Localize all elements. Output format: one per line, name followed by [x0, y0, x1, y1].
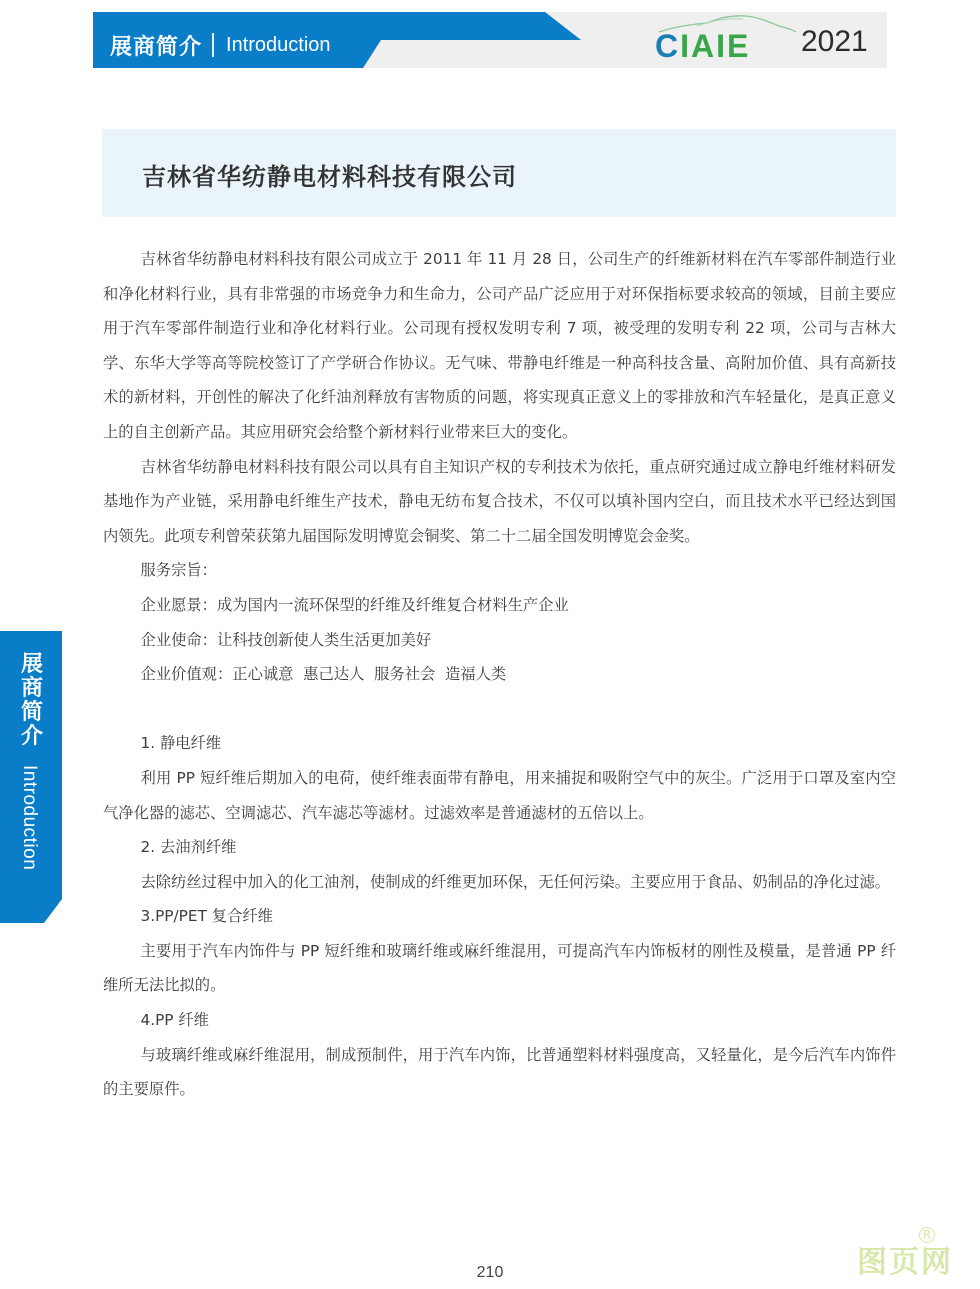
side-tab-title-cn: 展商简介 [18, 653, 46, 749]
product-description: 利用 PP 短纤维后期加入的电荷，使纤维表面带有静电，用来捕捉和吸附空气中的灰尘… [103, 761, 896, 830]
company-name: 吉林省华纺静电材料科技有限公司 [142, 157, 517, 192]
side-tab-title-en: Introduction [18, 765, 40, 870]
title-divider [212, 33, 214, 57]
registered-mark-icon: R [919, 1227, 935, 1243]
service-mission: 企业使命：让科技创新使人类生活更加美好 [103, 623, 896, 658]
product-title: 1. 静电纤维 [103, 726, 896, 761]
side-section-tab: 展商简介 Introduction [0, 631, 62, 923]
service-vision: 企业愿景：成为国内一流环保型的纤维及纤维复合材料生产企业 [103, 588, 896, 623]
product-title: 4.PP 纤维 [103, 1003, 896, 1038]
logo-year: 2021 [801, 26, 868, 58]
service-heading: 服务宗旨： [103, 553, 896, 588]
article-body: 吉林省华纺静电材料科技有限公司成立于 2011 年 11 月 28 日，公司生产… [103, 242, 896, 1107]
product-title: 2. 去油剂纤维 [103, 830, 896, 865]
company-title-box: 吉林省华纺静电材料科技有限公司 [102, 129, 896, 217]
intro-paragraph-2: 吉林省华纺静电材料科技有限公司以具有自主知识产权的专利技术为依托，重点研究通过成… [103, 450, 896, 554]
product-description: 与玻璃纤维或麻纤维混用，制成预制件，用于汽车内饰，比普通塑料材料强度高，又轻量化… [103, 1038, 896, 1107]
watermark-text: 图页网 [857, 1245, 953, 1280]
header-section-title: 展商简介 Introduction [110, 28, 331, 62]
product-description: 去除纺丝过程中加入的化工油剂，使制成的纤维更加环保，无任何污染。主要应用于食品、… [103, 865, 896, 900]
spacer [103, 692, 896, 727]
intro-paragraph-1: 吉林省华纺静电材料科技有限公司成立于 2011 年 11 月 28 日，公司生产… [103, 242, 896, 450]
product-title: 3.PP/PET 复合纤维 [103, 899, 896, 934]
page-number: 210 [0, 1264, 980, 1282]
service-values: 企业价值观：正心诚意 惠己达人 服务社会 造福人类 [103, 657, 896, 692]
watermark: 图页网 R [857, 1237, 953, 1281]
section-title-cn: 展商简介 [110, 30, 202, 61]
section-title-en: Introduction [226, 34, 331, 57]
product-description: 主要用于汽车内饰件与 PP 短纤维和玻璃纤维或麻纤维混用，可提高汽车内饰板材的刚… [103, 934, 896, 1003]
logo-wordmark: CIAIE [655, 30, 750, 62]
ciaie-logo: CIAIE 2021 [655, 14, 875, 60]
